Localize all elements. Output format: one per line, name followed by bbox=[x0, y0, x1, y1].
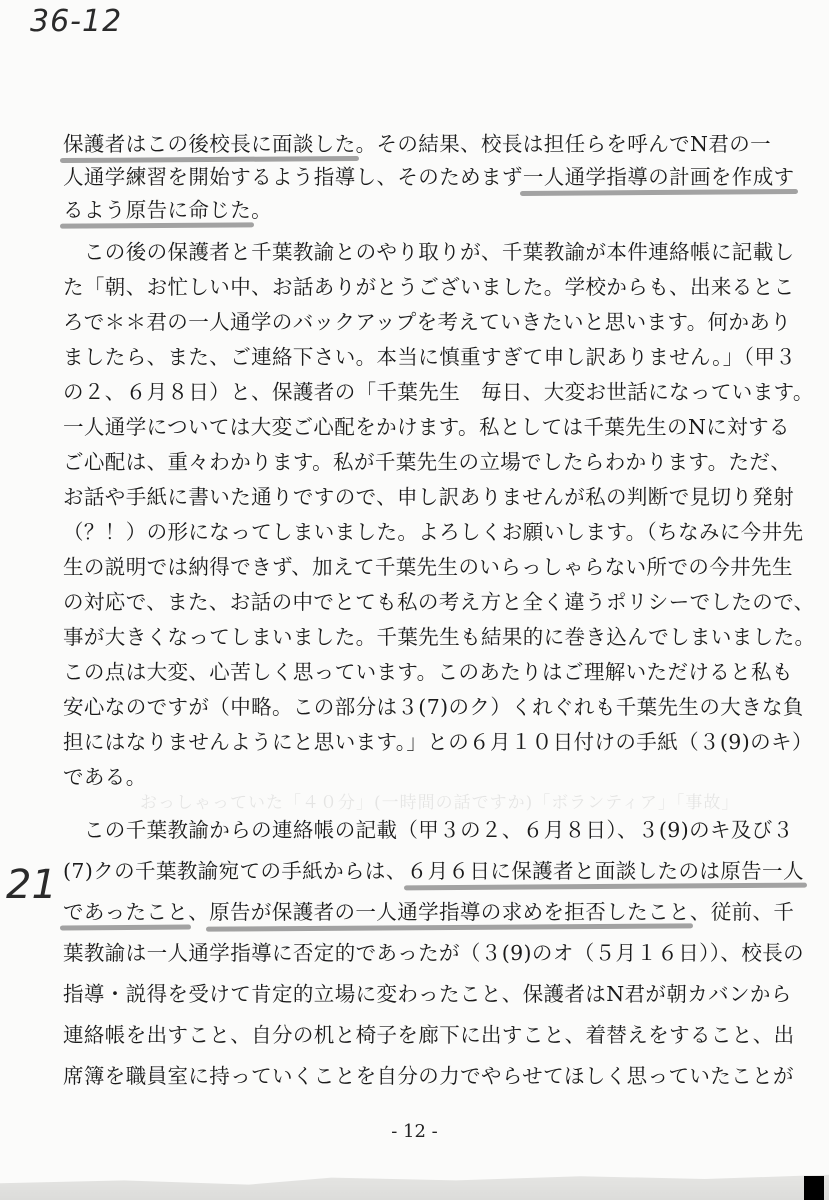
text-segment: 。 bbox=[251, 198, 272, 222]
scan-edge-mark bbox=[804, 1176, 824, 1200]
text-line: 生の説明では納得できず、加えて千葉先生のいらっしゃらない所での今井先生 bbox=[63, 553, 763, 581]
text-segment: 事が大きくなってしまいました。千葉先生も結果的に巻き込んでしまいました。 bbox=[63, 625, 815, 649]
bleed-through-text: おっしゃっていた「４０分」(一時間の話ですか)「ボランティア」「事故」 bbox=[140, 788, 739, 813]
text-line: 担にはなりませんようにと思います。」との６月１０日付けの手紙（３(9)のキ） bbox=[63, 728, 763, 756]
underlined-text: ６月６日に保護者と面談したのは原告一人 bbox=[407, 859, 804, 883]
text-line: の２、６月８日）と、保護者の「千葉先生 毎日、大変お世話になっています。 bbox=[63, 378, 763, 406]
text-line: た「朝、お忙しい中、お話ありがとうございました。学校からも、出来るとこ bbox=[63, 273, 763, 301]
document-page: 36-12 21 保護者はこの後校長に面談した。その結果、校長は担任らを呼んでN… bbox=[0, 0, 829, 1200]
text-line: 席簿を職員室に持っていくことを自分の力でやらせてほしく思っていたことが bbox=[63, 1062, 763, 1090]
text-segment: である。 bbox=[63, 765, 147, 789]
text-line: であったこと、原告が保護者の一人通学指導の求めを拒否したこと、従前、千 bbox=[63, 898, 763, 926]
handwritten-page-reference: 36-12 bbox=[30, 4, 122, 39]
text-segment: 人通学練習を開始するよう指導し、そのためまず bbox=[63, 165, 523, 189]
text-segment: 葉教諭は一人通学指導に否定的であったが（３(9)のオ（５月１６日））、校長の bbox=[63, 941, 804, 965]
underlined-text: であったこと bbox=[63, 900, 188, 924]
text-segment: の対応で、また、お話の中でとても私の考え方と全く違うポリシーでしたので、 bbox=[63, 590, 815, 614]
text-segment: 、従前、千 bbox=[690, 900, 795, 924]
text-segment: 席簿を職員室に持っていくことを自分の力でやらせてほしく思っていたことが bbox=[63, 1064, 794, 1088]
underlined-text: 保護者はこの後校長に面談した bbox=[63, 132, 356, 156]
text-line: ろで＊＊君の一人通学のバックアップを考えていきたいと思います。何かあり bbox=[63, 308, 763, 336]
page-number: - 12 - bbox=[0, 1121, 829, 1142]
text-segment: （？！）の形になってしまいました。よろしくお願いします。（ちなみに今井先 bbox=[63, 520, 804, 544]
text-segment: (7)クの千葉教諭宛ての手紙からは、 bbox=[63, 859, 407, 883]
text-line: 安心なのですが（中略。この部分は３(7)のク）くれぐれも千葉先生の大きな負 bbox=[63, 693, 763, 721]
text-line: ご心配は、重々わかります。私が千葉先生の立場でしたらわかります。ただ、 bbox=[63, 448, 763, 476]
underlined-text: 一人通学指導の計画を作成す bbox=[523, 165, 795, 189]
handwritten-margin-number: 21 bbox=[6, 862, 57, 908]
text-line: の対応で、また、お話の中でとても私の考え方と全く違うポリシーでしたので、 bbox=[63, 588, 763, 616]
text-line: （？！）の形になってしまいました。よろしくお願いします。（ちなみに今井先 bbox=[63, 518, 763, 546]
text-segment: 、 bbox=[188, 900, 209, 924]
text-segment: お話や手紙に書いた通りですので、申し訳ありませんが私の判断で見切り発射 bbox=[63, 485, 794, 509]
text-segment: この千葉教諭からの連絡帳の記載（甲３の２、６月８日）、３(9)のキ及び３ bbox=[63, 818, 794, 842]
text-line: 事が大きくなってしまいました。千葉先生も結果的に巻き込んでしまいました。 bbox=[63, 623, 763, 651]
underlined-text: 原告が保護者の一人通学指導の求めを拒否したこと bbox=[209, 900, 690, 924]
text-segment: ましたら、また、ご連絡下さい。本当に慎重すぎて申し訳ありません。」（甲３ bbox=[63, 345, 796, 369]
text-line: この後の保護者と千葉教諭とのやり取りが、千葉教諭が本件連絡帳に記載し bbox=[63, 238, 763, 266]
text-segment: この点は大変、心苦しく思っています。このあたりはご理解いただけると私も bbox=[63, 660, 793, 684]
text-segment: 連絡帳を出すこと、自分の机と椅子を廊下に出すこと、着替えをすること、出 bbox=[63, 1023, 795, 1047]
text-segment: 担にはなりませんようにと思います。」との６月１０日付けの手紙（３(9)のキ） bbox=[63, 730, 813, 754]
text-line: お話や手紙に書いた通りですので、申し訳ありませんが私の判断で見切り発射 bbox=[63, 483, 763, 511]
text-segment: の２、６月８日）と、保護者の「千葉先生 毎日、大変お世話になっています。 bbox=[63, 380, 814, 404]
text-line: ましたら、また、ご連絡下さい。本当に慎重すぎて申し訳ありません。」（甲３ bbox=[63, 343, 763, 371]
text-line: 連絡帳を出すこと、自分の机と椅子を廊下に出すこと、着替えをすること、出 bbox=[63, 1021, 763, 1049]
text-segment: 生の説明では納得できず、加えて千葉先生のいらっしゃらない所での今井先生 bbox=[63, 555, 793, 579]
text-segment: この後の保護者と千葉教諭とのやり取りが、千葉教諭が本件連絡帳に記載し bbox=[63, 240, 795, 264]
underlined-text: るよう原告に命じた bbox=[63, 198, 251, 222]
text-segment: 一人通学については大変ご心配をかけます。私としては千葉先生のNに対する bbox=[63, 415, 790, 439]
text-line: 指導・説得を受けて肯定的立場に変わったこと、保護者はN君が朝カバンから bbox=[63, 980, 763, 1008]
text-line: この千葉教諭からの連絡帳の記載（甲３の２、６月８日）、３(9)のキ及び３ bbox=[63, 816, 763, 844]
text-line: (7)クの千葉教諭宛ての手紙からは、６月６日に保護者と面談したのは原告一人 bbox=[63, 857, 763, 885]
text-line: 葉教諭は一人通学指導に否定的であったが（３(9)のオ（５月１６日））、校長の bbox=[63, 939, 763, 967]
text-line: 一人通学については大変ご心配をかけます。私としては千葉先生のNに対する bbox=[63, 413, 763, 441]
text-segment: 。その結果、校長は担任らを呼んでN君の一 bbox=[356, 132, 771, 156]
text-line: 人通学練習を開始するよう指導し、そのためまず一人通学指導の計画を作成す bbox=[63, 163, 763, 191]
text-segment: た「朝、お忙しい中、お話ありがとうございました。学校からも、出来るとこ bbox=[63, 275, 795, 299]
text-line: るよう原告に命じた。 bbox=[63, 196, 763, 224]
text-segment: 指導・説得を受けて肯定的立場に変わったこと、保護者はN君が朝カバンから bbox=[63, 982, 792, 1006]
text-line: である。 bbox=[63, 763, 763, 791]
text-segment: ろで＊＊君の一人通学のバックアップを考えていきたいと思います。何かあり bbox=[63, 310, 791, 334]
text-segment: ご心配は、重々わかります。私が千葉先生の立場でしたらわかります。ただ、 bbox=[63, 450, 791, 474]
text-line: この点は大変、心苦しく思っています。このあたりはご理解いただけると私も bbox=[63, 658, 763, 686]
scan-bottom-edge bbox=[0, 1172, 829, 1200]
text-line: 保護者はこの後校長に面談した。その結果、校長は担任らを呼んでN君の一 bbox=[63, 130, 763, 158]
text-segment: 安心なのですが（中略。この部分は３(7)のク）くれぐれも千葉先生の大きな負 bbox=[63, 695, 804, 719]
